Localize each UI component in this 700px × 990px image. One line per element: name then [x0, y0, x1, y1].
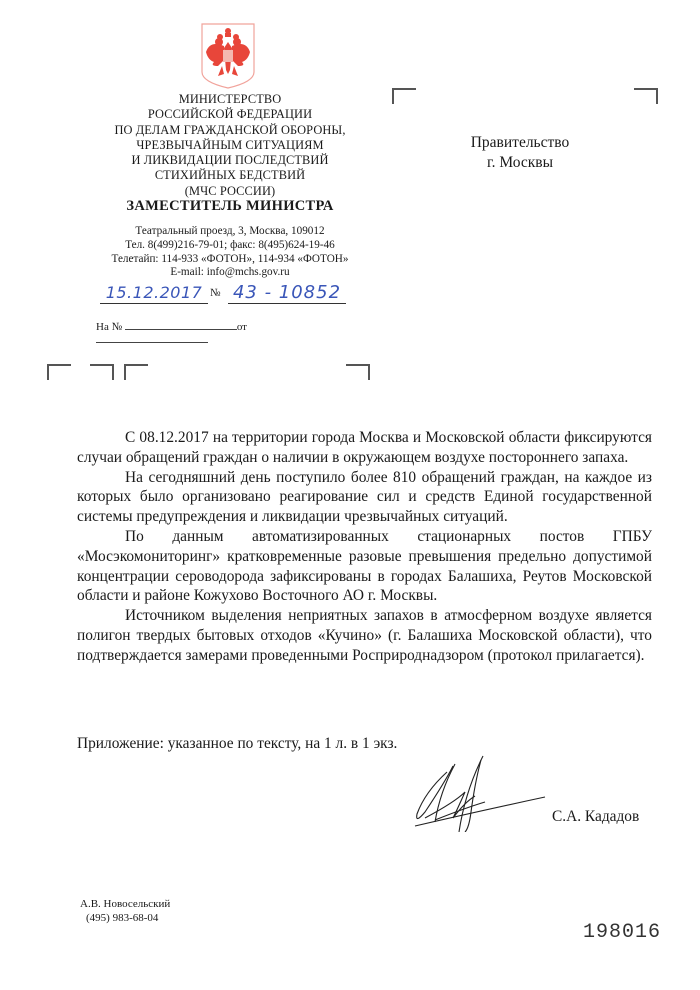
corner-mark [90, 364, 114, 380]
ministry-line: МИНИСТЕРСТВО [95, 92, 365, 107]
addressee: Правительство г. Москвы [440, 133, 600, 173]
reference-from-label: от [237, 321, 247, 333]
paragraph: С 08.12.2017 на территории города Москва… [77, 428, 652, 468]
russian-coat-of-arms-icon [196, 22, 260, 90]
signer-name: С.А. Кададов [552, 808, 639, 826]
ministry-line: РОССИЙСКОЙ ФЕДЕРАЦИИ [95, 107, 365, 122]
paragraph: На сегодняшний день поступило более 810 … [77, 468, 652, 527]
executor-phone: (495) 983-68-04 [80, 912, 170, 926]
registration-number: 43 - 10852 [228, 282, 346, 304]
addressee-line: г. Москвы [440, 153, 600, 173]
reference-no-label: На № [96, 321, 122, 333]
attachment-note: Приложение: указанное по тексту, на 1 л.… [77, 735, 397, 753]
ministry-line: СТИХИЙНЫХ БЕДСТВИЙ [95, 168, 365, 183]
paragraph: По данным автоматизированных стационарны… [77, 527, 652, 606]
ministry-line: И ЛИКВИДАЦИИ ПОСЛЕДСТВИЙ [95, 153, 365, 168]
number-label: № [210, 287, 221, 299]
registration-date: 15.12.2017 [100, 282, 208, 304]
ministry-name: МИНИСТЕРСТВО РОССИЙСКОЙ ФЕДЕРАЦИИ ПО ДЕЛ… [95, 92, 365, 199]
corner-mark [47, 364, 71, 380]
email: E-mail: info@mchs.gov.ru [75, 266, 385, 280]
letter-body: С 08.12.2017 на территории города Москва… [77, 428, 652, 666]
reference-line: На № от [96, 320, 341, 346]
ministry-line: (МЧС РОССИИ) [95, 184, 365, 199]
corner-mark [634, 88, 658, 104]
executor-block: А.В. Новосельский (495) 983-68-04 [80, 898, 170, 925]
reference-no-blank [125, 320, 237, 330]
corner-mark [124, 364, 148, 380]
ministry-line: ПО ДЕЛАМ ГРАЖДАНСКОЙ ОБОРОНЫ, [95, 123, 365, 138]
executor-name: А.В. Новосельский [80, 898, 170, 912]
document-number: 198016 [583, 921, 661, 944]
registration-line: 15.12.2017 № 43 - 10852 [100, 282, 345, 304]
corner-mark [392, 88, 416, 104]
corner-mark [346, 364, 370, 380]
reference-date-blank [96, 333, 208, 343]
phone-fax: Тел. 8(499)216-79-01; факс: 8(495)624-19… [75, 239, 385, 253]
address: Театральный проезд, 3, Москва, 109012 [75, 225, 385, 239]
paragraph: Источником выделения неприятных запахов … [77, 606, 652, 665]
contact-block: Театральный проезд, 3, Москва, 109012 Те… [75, 225, 385, 280]
position-title: ЗАМЕСТИТЕЛЬ МИНИСТРА [95, 198, 365, 215]
teletype: Телетайп: 114-933 «ФОТОН», 114-934 «ФОТО… [75, 253, 385, 267]
addressee-line: Правительство [440, 133, 600, 153]
ministry-line: ЧРЕЗВЫЧАЙНЫМ СИТУАЦИЯМ [95, 138, 365, 153]
